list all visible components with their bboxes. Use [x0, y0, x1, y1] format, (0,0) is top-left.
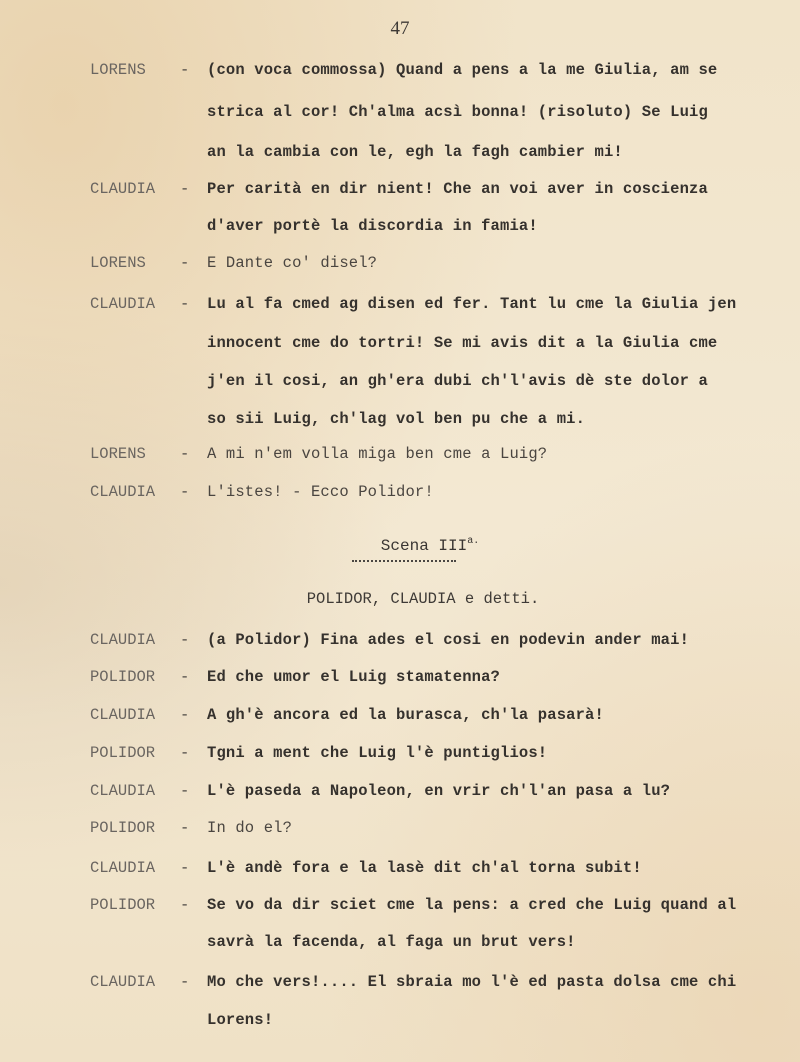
- dialogue-text: Per carità en dir nient! Che an voi aver…: [207, 177, 708, 201]
- scene-title: Scena III: [381, 537, 467, 555]
- scene-underline: [352, 560, 456, 562]
- speaker-dash: -: [180, 442, 189, 466]
- dialogue-text: In do el?: [207, 816, 292, 840]
- dialogue-text: Ed che umor el Luig stamatenna?: [207, 665, 500, 689]
- dialogue-text: Lu al fa cmed ag disen ed fer. Tant lu c…: [207, 292, 736, 316]
- speaker-name: POLIDOR: [90, 816, 178, 840]
- speaker-name: POLIDOR: [90, 665, 178, 689]
- dialogue-text: an la cambia con le, egh la fagh cambier…: [207, 140, 623, 164]
- speaker-dash: -: [180, 893, 189, 917]
- speaker-name: LORENS: [90, 442, 178, 466]
- dialogue-text: strica al cor! Ch'alma acsì bonna! (riso…: [207, 100, 708, 124]
- speaker-dash: -: [180, 177, 189, 201]
- speaker-dash: -: [180, 665, 189, 689]
- dialogue-text: d'aver portè la discordia in famia!: [207, 214, 538, 238]
- speaker-dash: -: [180, 251, 189, 275]
- typescript-page: 47 LORENS - (con voca commossa) Quand a …: [0, 0, 800, 1062]
- speaker-name: CLAUDIA: [90, 970, 178, 994]
- speaker-name: CLAUDIA: [90, 856, 178, 880]
- dialogue-text: L'istes! - Ecco Polidor!: [207, 480, 434, 504]
- scene-characters-text: POLIDOR, CLAUDIA e detti.: [261, 590, 540, 608]
- scene-title-superscript: a.: [467, 536, 479, 547]
- speaker-dash: -: [180, 58, 189, 82]
- dialogue-text: savrà la facenda, al faga un brut vers!: [207, 930, 576, 954]
- dialogue-text: A gh'è ancora ed la burasca, ch'la pasar…: [207, 703, 604, 727]
- speaker-dash: -: [180, 628, 189, 652]
- dialogue-text: Tgni a ment che Luig l'è puntiglios!: [207, 741, 547, 765]
- speaker-dash: -: [180, 779, 189, 803]
- speaker-dash: -: [180, 480, 189, 504]
- speaker-name: CLAUDIA: [90, 703, 178, 727]
- speaker-name: POLIDOR: [90, 741, 178, 765]
- speaker-name: CLAUDIA: [90, 480, 178, 504]
- speaker-dash: -: [180, 703, 189, 727]
- speaker-dash: -: [180, 970, 189, 994]
- speaker-dash: -: [180, 856, 189, 880]
- speaker-name: CLAUDIA: [90, 292, 178, 316]
- scene-heading: Scena IIIa.: [0, 536, 800, 555]
- speaker-name: CLAUDIA: [90, 177, 178, 201]
- dialogue-text: Mo che vers!.... El sbraia mo l'è ed pas…: [207, 970, 736, 994]
- speaker-name: LORENS: [90, 251, 178, 275]
- dialogue-text: so sii Luig, ch'lag vol ben pu che a mi.: [207, 407, 585, 431]
- dialogue-text: L'è paseda a Napoleon, en vrir ch'l'an p…: [207, 779, 670, 803]
- speaker-dash: -: [180, 816, 189, 840]
- speaker-dash: -: [180, 741, 189, 765]
- speaker-name: CLAUDIA: [90, 779, 178, 803]
- speaker-name: CLAUDIA: [90, 628, 178, 652]
- dialogue-text: (con voca commossa) Quand a pens a la me…: [207, 58, 717, 82]
- dialogue-text: (a Polidor) Fina ades el cosi en podevin…: [207, 628, 689, 652]
- dialogue-text: E Dante co' disel?: [207, 251, 377, 275]
- dialogue-text: Se vo da dir sciet cme la pens: a cred c…: [207, 893, 736, 917]
- dialogue-text: j'en il cosi, an gh'era dubi ch'l'avis d…: [207, 369, 708, 393]
- speaker-name: LORENS: [90, 58, 178, 82]
- dialogue-text: A mi n'em volla miga ben cme a Luig?: [207, 442, 547, 466]
- speaker-name: POLIDOR: [90, 893, 178, 917]
- scene-characters: POLIDOR, CLAUDIA e detti.: [0, 590, 800, 608]
- speaker-dash: -: [180, 292, 189, 316]
- page-number: 47: [0, 18, 800, 40]
- dialogue-text: Lorens!: [207, 1008, 273, 1032]
- dialogue-text: innocent cme do tortri! Se mi avis dit a…: [207, 331, 717, 355]
- dialogue-text: L'è andè fora e la lasè dit ch'al torna …: [207, 856, 642, 880]
